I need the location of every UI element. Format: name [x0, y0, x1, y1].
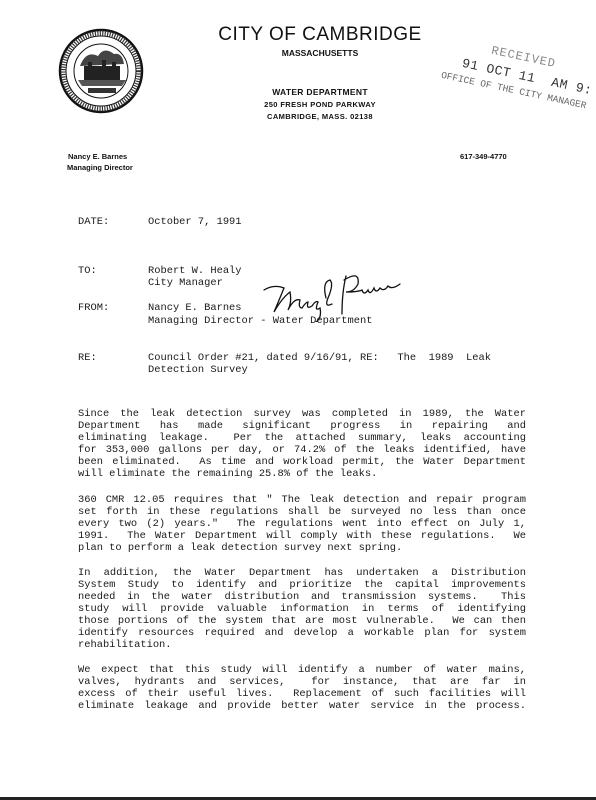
text-line: System Study to identify and prioritize … — [78, 579, 526, 591]
text-line: excess of their useful lives. Replacemen… — [78, 688, 526, 700]
text-line: eliminating leakage. Per the attached su… — [78, 432, 526, 444]
to-label: TO: — [78, 265, 97, 277]
city-title: CITY OF CAMBRIDGE — [200, 24, 440, 46]
text-line: needed in the water distribution and tra… — [78, 591, 526, 603]
text-line: plan to perform a leak detection survey … — [78, 542, 526, 554]
text-line: every two (2) years." The regulations we… — [78, 518, 526, 530]
text-line: eliminate leakage and provide better wat… — [78, 700, 526, 712]
subject-line-2: Detection Survey — [148, 364, 248, 376]
recipient-title: City Manager — [148, 277, 223, 289]
state-name: MASSACHUSETTS — [200, 48, 440, 58]
director-name: Nancy E. Barnes — [68, 152, 142, 161]
from-label: FROM: — [78, 302, 109, 314]
received-stamp: RECEIVED 91 OCT 11 AM 9: 17 OFFICE OF TH… — [434, 29, 596, 158]
city-seal-icon — [58, 28, 144, 114]
text-line: study will provide valuable information … — [78, 603, 526, 615]
body-paragraph: In addition, the Water Department has un… — [78, 567, 526, 651]
text-line: Department has made significant progress… — [78, 420, 526, 432]
text-line: identify resources required and develop … — [78, 627, 526, 639]
text-line: for 353,000 gallons per day, or 74.2% of… — [78, 444, 526, 456]
date-label: DATE: — [78, 216, 109, 228]
text-line: Since the leak detection survey was comp… — [78, 408, 526, 420]
body-paragraph: We expect that this study will identify … — [78, 664, 526, 712]
text-line: set forth in these regulations shall be … — [78, 506, 526, 518]
subject-line-1: Council Order #21, dated 9/16/91, RE: Th… — [148, 352, 491, 364]
address-line-2: CAMBRIDGE, MASS. 02138 — [200, 112, 440, 121]
text-line: those portions of the system that are mo… — [78, 615, 526, 627]
director-title: Managing Director — [67, 163, 133, 172]
signature — [262, 268, 412, 322]
body-paragraph: 360 CMR 12.05 requires that " The leak d… — [78, 494, 526, 554]
text-line: We expect that this study will identify … — [78, 664, 526, 676]
date-value: October 7, 1991 — [148, 216, 242, 228]
address-line-1: 250 FRESH POND PARKWAY — [200, 100, 440, 109]
body-paragraph: Since the leak detection survey was comp… — [78, 408, 526, 480]
text-line: 1991. The Water Department will comply w… — [78, 530, 526, 542]
re-label: RE: — [78, 352, 97, 364]
text-line: In addition, the Water Department has un… — [78, 567, 526, 579]
text-line: will eliminate the remaining 25.8% of th… — [78, 468, 526, 480]
department-name: WATER DEPARTMENT — [200, 87, 440, 97]
sender-name: Nancy E. Barnes — [148, 302, 242, 314]
text-line: been eliminated. As time and workload pe… — [78, 456, 526, 468]
text-line: valves, hydrants and services, for insta… — [78, 676, 526, 688]
phone-number: 617-349-4770 — [460, 152, 507, 161]
text-line: 360 CMR 12.05 requires that " The leak d… — [78, 494, 526, 506]
text-line: rehabilitation. — [78, 639, 526, 651]
recipient-name: Robert W. Healy — [148, 265, 242, 277]
